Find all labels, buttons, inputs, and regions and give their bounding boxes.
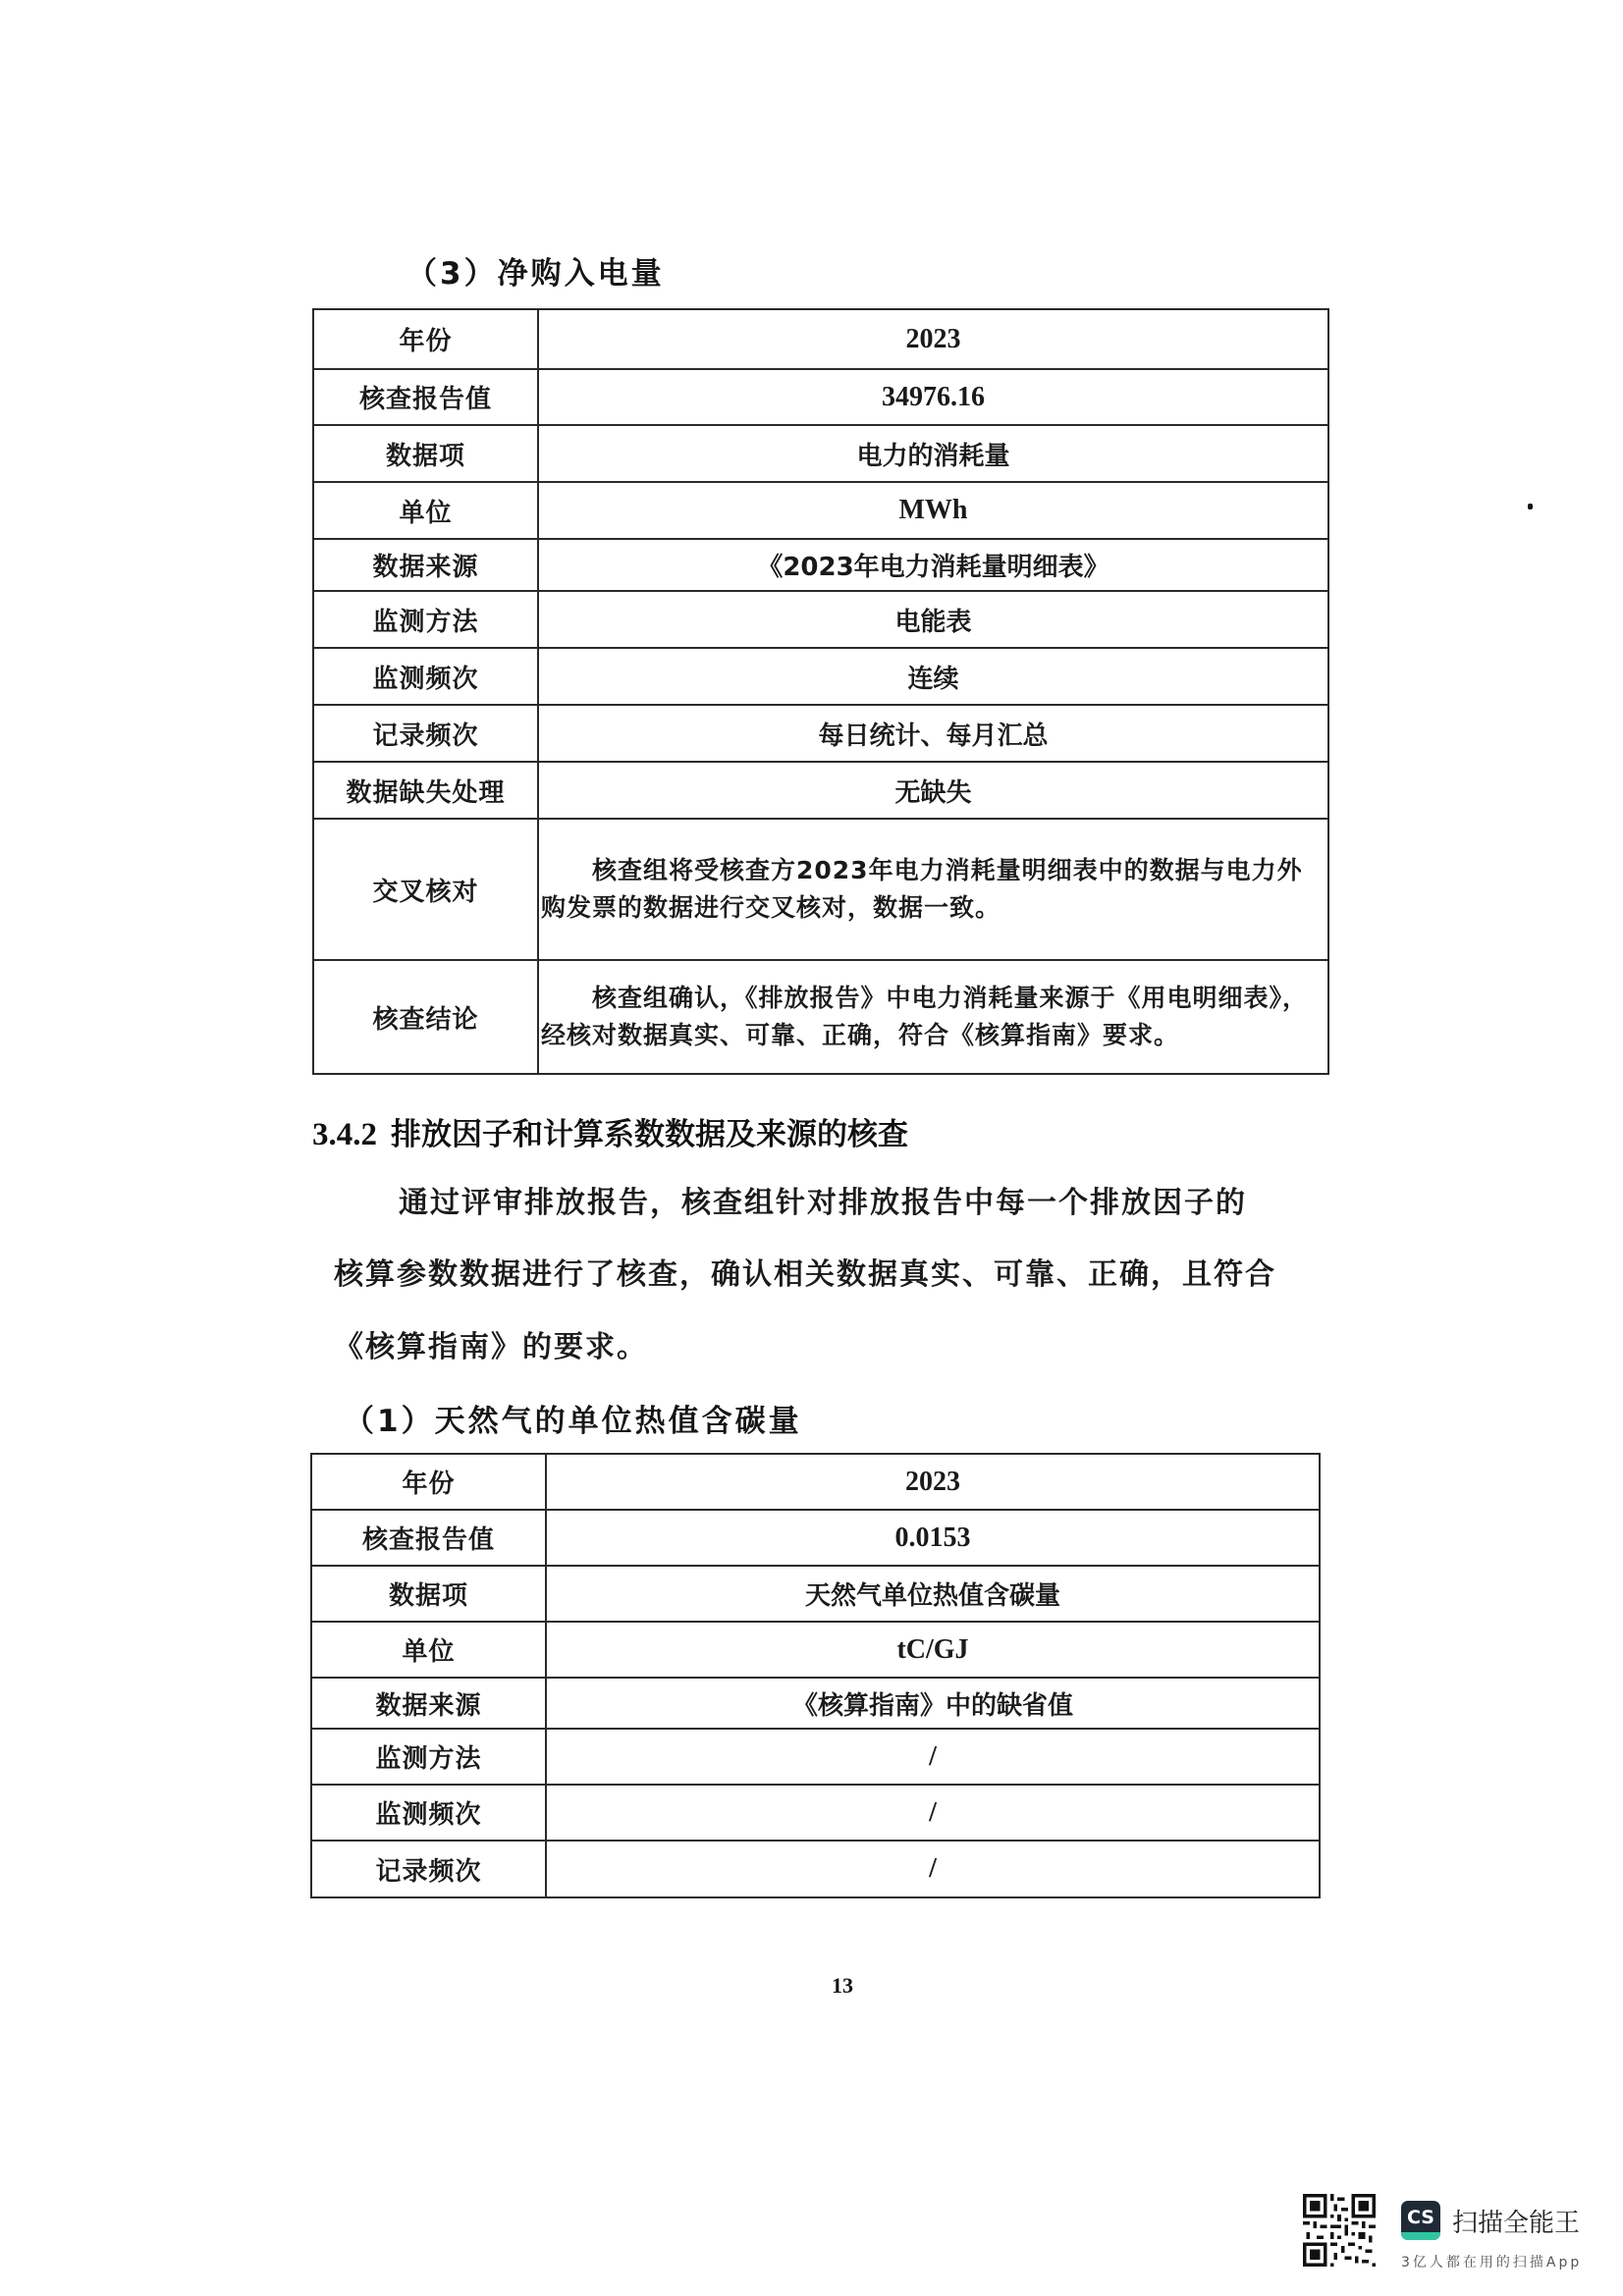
row-value: 连续 xyxy=(538,648,1328,705)
row-value: 每日统计、每月汇总 xyxy=(538,705,1328,762)
row-value: 2023 xyxy=(546,1454,1320,1510)
subheading-net-purchased-electricity: （3）净购入电量 xyxy=(406,248,665,293)
row-key: 核查报告值 xyxy=(311,1510,546,1566)
table-row: 数据项 天然气单位热值含碳量 xyxy=(311,1566,1320,1622)
natural-gas-factor-table: 年份 2023 核查报告值 0.0153 数据项 天然气单位热值含碳量 单位 t… xyxy=(310,1453,1321,1898)
row-value: 34976.16 xyxy=(538,369,1328,425)
row-value: 电力的消耗量 xyxy=(538,425,1328,482)
table-row: 监测频次 / xyxy=(311,1785,1320,1841)
row-value: / xyxy=(546,1785,1320,1841)
row-key: 数据缺失处理 xyxy=(313,762,538,819)
row-key: 数据来源 xyxy=(311,1678,546,1729)
row-key: 数据来源 xyxy=(313,539,538,591)
paragraph-line-1: 通过评审排放报告，核查组针对排放报告中每一个排放因子的 xyxy=(399,1178,1247,1221)
row-value: 《2023年电力消耗量明细表》 xyxy=(538,539,1328,591)
row-key: 数据项 xyxy=(311,1566,546,1622)
row-key: 核查报告值 xyxy=(313,369,538,425)
row-key: 单位 xyxy=(313,482,538,539)
row-key: 数据项 xyxy=(313,425,538,482)
row-key: 监测方法 xyxy=(313,591,538,648)
table-row: 数据项 电力的消耗量 xyxy=(313,425,1328,482)
row-value: / xyxy=(546,1729,1320,1785)
section-title: 排放因子和计算系数数据及来源的核查 xyxy=(391,1117,908,1152)
logo-text: CS xyxy=(1407,2207,1434,2228)
table-row: 监测方法 / xyxy=(311,1729,1320,1785)
table-row: 核查报告值 0.0153 xyxy=(311,1510,1320,1566)
scanner-watermark: CS 扫描全能王 3亿人都在用的扫描App xyxy=(1303,2189,1623,2287)
row-key: 记录频次 xyxy=(313,705,538,762)
row-value: MWh xyxy=(538,482,1328,539)
row-key: 监测频次 xyxy=(313,648,538,705)
app-name: 扫描全能王 xyxy=(1452,2203,1580,2239)
row-value: tC/GJ xyxy=(546,1622,1320,1678)
row-key: 年份 xyxy=(313,309,538,369)
row-key: 单位 xyxy=(311,1622,546,1678)
table-row: 记录频次 每日统计、每月汇总 xyxy=(313,705,1328,762)
table-row: 核查结论 核查组确认，《排放报告》中电力消耗量来源于《用电明细表》，经核对数据真… xyxy=(313,960,1328,1074)
row-key: 记录频次 xyxy=(311,1841,546,1897)
section-number: 3.4.2 xyxy=(312,1117,377,1152)
row-value: 电能表 xyxy=(538,591,1328,648)
table-row: 记录频次 / xyxy=(311,1841,1320,1897)
table-row: 监测方法 电能表 xyxy=(313,591,1328,648)
row-value: 0.0153 xyxy=(546,1510,1320,1566)
paragraph-line-2: 核算参数数据进行了核查，确认相关数据真实、可靠、正确，且符合 xyxy=(334,1250,1276,1293)
row-value: 无缺失 xyxy=(538,762,1328,819)
qr-code-icon xyxy=(1303,2194,1376,2267)
row-value: / xyxy=(546,1841,1320,1897)
electricity-verification-table: 年份 2023 核查报告值 34976.16 数据项 电力的消耗量 单位 MWh… xyxy=(312,308,1329,1075)
row-key: 核查结论 xyxy=(313,960,538,1074)
table-row: 监测频次 连续 xyxy=(313,648,1328,705)
row-value: 《核算指南》中的缺省值 xyxy=(546,1678,1320,1729)
row-key: 交叉核对 xyxy=(313,819,538,960)
row-key: 年份 xyxy=(311,1454,546,1510)
table-row: 核查报告值 34976.16 xyxy=(313,369,1328,425)
table-row: 年份 2023 xyxy=(311,1454,1320,1510)
row-value: 核查组将受核查方2023年电力消耗量明细表中的数据与电力外购发票的数据进行交叉核… xyxy=(538,819,1328,960)
row-key: 监测频次 xyxy=(311,1785,546,1841)
logo-accent-bar xyxy=(1401,2232,1440,2240)
section-heading-3-4-2: 3.4.2排放因子和计算系数数据及来源的核查 xyxy=(312,1109,908,1153)
table-row: 交叉核对 核查组将受核查方2023年电力消耗量明细表中的数据与电力外购发票的数据… xyxy=(313,819,1328,960)
table-row: 单位 MWh xyxy=(313,482,1328,539)
scan-artifact-dot xyxy=(1528,504,1533,509)
row-value: 天然气单位热值含碳量 xyxy=(546,1566,1320,1622)
table-row: 数据来源 《2023年电力消耗量明细表》 xyxy=(313,539,1328,591)
table-row: 数据缺失处理 无缺失 xyxy=(313,762,1328,819)
subheading-natural-gas-carbon-content: （1）天然气的单位热值含碳量 xyxy=(344,1396,802,1440)
camscanner-logo-icon: CS xyxy=(1401,2201,1440,2240)
app-tagline: 3亿人都在用的扫描App xyxy=(1401,2252,1582,2271)
row-key: 监测方法 xyxy=(311,1729,546,1785)
table-row: 单位 tC/GJ xyxy=(311,1622,1320,1678)
row-value: 2023 xyxy=(538,309,1328,369)
page-number: 13 xyxy=(832,1973,853,1999)
paragraph-line-3: 《核算指南》的要求。 xyxy=(334,1322,648,1365)
table-row: 数据来源 《核算指南》中的缺省值 xyxy=(311,1678,1320,1729)
row-value: 核查组确认，《排放报告》中电力消耗量来源于《用电明细表》，经核对数据真实、可靠、… xyxy=(538,960,1328,1074)
table-row: 年份 2023 xyxy=(313,309,1328,369)
